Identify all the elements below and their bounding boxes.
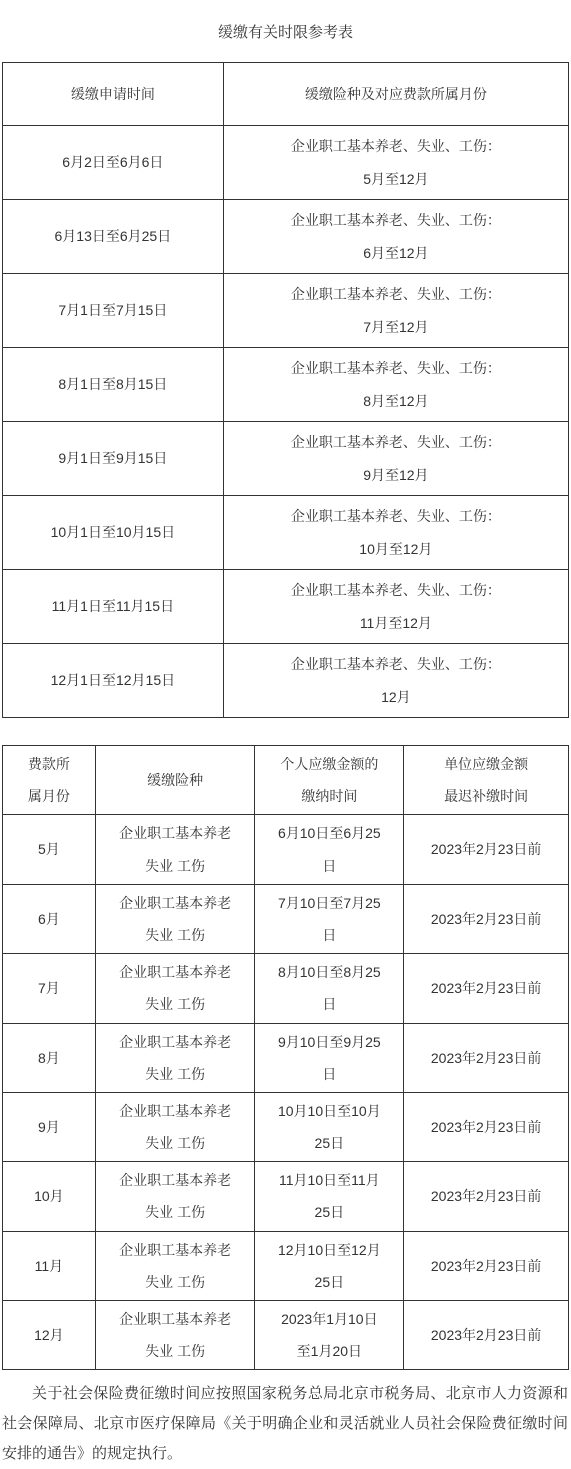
table-row: 10月 企业职工基本养老 失业 工伤 11月10日至11月 25日 2023年2… [3, 1162, 569, 1231]
payment-deadline-table: 费款所 属月份 缓缴险种 个人应缴金额的 缴纳时间 单位应缴金额 最迟补缴时间 … [2, 745, 569, 1370]
cell-fee-month: 10月 [3, 1162, 96, 1231]
col-header-employer-latest-time: 单位应缴金额 最迟补缴时间 [404, 746, 569, 815]
cell-employer-latest-time: 2023年2月23日前 [404, 1231, 569, 1300]
table-row: 12月 企业职工基本养老 失业 工伤 2023年1月10日 至1月20日 202… [3, 1301, 569, 1370]
cell-fee-month: 7月 [3, 954, 96, 1023]
cell-insurance-type: 企业职工基本养老 失业 工伤 [95, 1162, 255, 1231]
cell-employer-latest-time: 2023年2月23日前 [404, 1092, 569, 1161]
table-row: 9月1日至9月15日 企业职工基本养老、失业、工伤： 9月至12月 [3, 422, 569, 496]
cell-insurance-detail: 企业职工基本养老、失业、工伤： 11月至12月 [223, 570, 568, 644]
cell-employer-latest-time: 2023年2月23日前 [404, 884, 569, 953]
cell-apply-period: 10月1日至10月15日 [3, 496, 224, 570]
cell-personal-pay-time: 11月10日至11月 25日 [255, 1162, 404, 1231]
cell-fee-month: 8月 [3, 1023, 96, 1092]
cell-insurance-detail: 企业职工基本养老、失业、工伤： 9月至12月 [223, 422, 568, 496]
cell-insurance-type: 企业职工基本养老 失业 工伤 [95, 1231, 255, 1300]
cell-insurance-type: 企业职工基本养老 失业 工伤 [95, 954, 255, 1023]
cell-apply-period: 9月1日至9月15日 [3, 422, 224, 496]
cell-personal-pay-time: 7月10日至7月25 日 [255, 884, 404, 953]
cell-insurance-detail: 企业职工基本养老、失业、工伤： 10月至12月 [223, 496, 568, 570]
cell-insurance-detail: 企业职工基本养老、失业、工伤： 5月至12月 [223, 126, 568, 200]
col-header-insurance-type: 缓缴险种 [95, 746, 255, 815]
col-header-insurance-months: 缓缴险种及对应费款所属月份 [223, 63, 568, 126]
table-row: 9月 企业职工基本养老 失业 工伤 10月10日至10月 25日 2023年2月… [3, 1092, 569, 1161]
table-row: 8月1日至8月15日 企业职工基本养老、失业、工伤： 8月至12月 [3, 348, 569, 422]
table-row: 8月 企业职工基本养老 失业 工伤 9月10日至9月25 日 2023年2月23… [3, 1023, 569, 1092]
cell-personal-pay-time: 12月10日至12月 25日 [255, 1231, 404, 1300]
cell-employer-latest-time: 2023年2月23日前 [404, 1301, 569, 1370]
table-row: 6月13日至6月25日 企业职工基本养老、失业、工伤： 6月至12月 [3, 200, 569, 274]
table-row: 7月 企业职工基本养老 失业 工伤 8月10日至8月25 日 2023年2月23… [3, 954, 569, 1023]
cell-personal-pay-time: 6月10日至6月25 日 [255, 815, 404, 884]
cell-fee-month: 12月 [3, 1301, 96, 1370]
cell-apply-period: 11月1日至11月15日 [3, 570, 224, 644]
cell-apply-period: 6月13日至6月25日 [3, 200, 224, 274]
table-header-row: 费款所 属月份 缓缴险种 个人应缴金额的 缴纳时间 单位应缴金额 最迟补缴时间 [3, 746, 569, 815]
cell-insurance-type: 企业职工基本养老 失业 工伤 [95, 1301, 255, 1370]
footer-note: 关于社会保险费征缴时间应按照国家税务总局北京市税务局、北京市人力资源和社会保障局… [2, 1379, 568, 1469]
cell-fee-month: 9月 [3, 1092, 96, 1161]
cell-fee-month: 6月 [3, 884, 96, 953]
table-row: 5月 企业职工基本养老 失业 工伤 6月10日至6月25 日 2023年2月23… [3, 815, 569, 884]
table-row: 6月 企业职工基本养老 失业 工伤 7月10日至7月25 日 2023年2月23… [3, 884, 569, 953]
cell-insurance-type: 企业职工基本养老 失业 工伤 [95, 815, 255, 884]
deferral-application-table: 缓缴申请时间 缓缴险种及对应费款所属月份 6月2日至6月6日 企业职工基本养老、… [2, 62, 569, 718]
cell-employer-latest-time: 2023年2月23日前 [404, 1162, 569, 1231]
table-row: 11月 企业职工基本养老 失业 工伤 12月10日至12月 25日 2023年2… [3, 1231, 569, 1300]
cell-personal-pay-time: 2023年1月10日 至1月20日 [255, 1301, 404, 1370]
cell-personal-pay-time: 10月10日至10月 25日 [255, 1092, 404, 1161]
col-header-apply-time: 缓缴申请时间 [3, 63, 224, 126]
table-row: 7月1日至7月15日 企业职工基本养老、失业、工伤： 7月至12月 [3, 274, 569, 348]
cell-personal-pay-time: 8月10日至8月25 日 [255, 954, 404, 1023]
cell-insurance-detail: 企业职工基本养老、失业、工伤： 7月至12月 [223, 274, 568, 348]
cell-insurance-type: 企业职工基本养老 失业 工伤 [95, 884, 255, 953]
cell-apply-period: 8月1日至8月15日 [3, 348, 224, 422]
cell-fee-month: 11月 [3, 1231, 96, 1300]
table-header-row: 缓缴申请时间 缓缴险种及对应费款所属月份 [3, 63, 569, 126]
cell-fee-month: 5月 [3, 815, 96, 884]
cell-employer-latest-time: 2023年2月23日前 [404, 954, 569, 1023]
cell-employer-latest-time: 2023年2月23日前 [404, 815, 569, 884]
col-header-personal-pay-time: 个人应缴金额的 缴纳时间 [255, 746, 404, 815]
table-row: 10月1日至10月15日 企业职工基本养老、失业、工伤： 10月至12月 [3, 496, 569, 570]
cell-apply-period: 12月1日至12月15日 [3, 644, 224, 718]
cell-insurance-detail: 企业职工基本养老、失业、工伤： 12月 [223, 644, 568, 718]
cell-insurance-detail: 企业职工基本养老、失业、工伤： 6月至12月 [223, 200, 568, 274]
cell-personal-pay-time: 9月10日至9月25 日 [255, 1023, 404, 1092]
table-row: 11月1日至11月15日 企业职工基本养老、失业、工伤： 11月至12月 [3, 570, 569, 644]
cell-apply-period: 6月2日至6月6日 [3, 126, 224, 200]
col-header-fee-month: 费款所 属月份 [3, 746, 96, 815]
cell-insurance-detail: 企业职工基本养老、失业、工伤： 8月至12月 [223, 348, 568, 422]
cell-insurance-type: 企业职工基本养老 失业 工伤 [95, 1023, 255, 1092]
cell-insurance-type: 企业职工基本养老 失业 工伤 [95, 1092, 255, 1161]
table-row: 6月2日至6月6日 企业职工基本养老、失业、工伤： 5月至12月 [3, 126, 569, 200]
table-row: 12月1日至12月15日 企业职工基本养老、失业、工伤： 12月 [3, 644, 569, 718]
page-title: 缓缴有关时限参考表 [0, 0, 571, 42]
cell-employer-latest-time: 2023年2月23日前 [404, 1023, 569, 1092]
cell-apply-period: 7月1日至7月15日 [3, 274, 224, 348]
